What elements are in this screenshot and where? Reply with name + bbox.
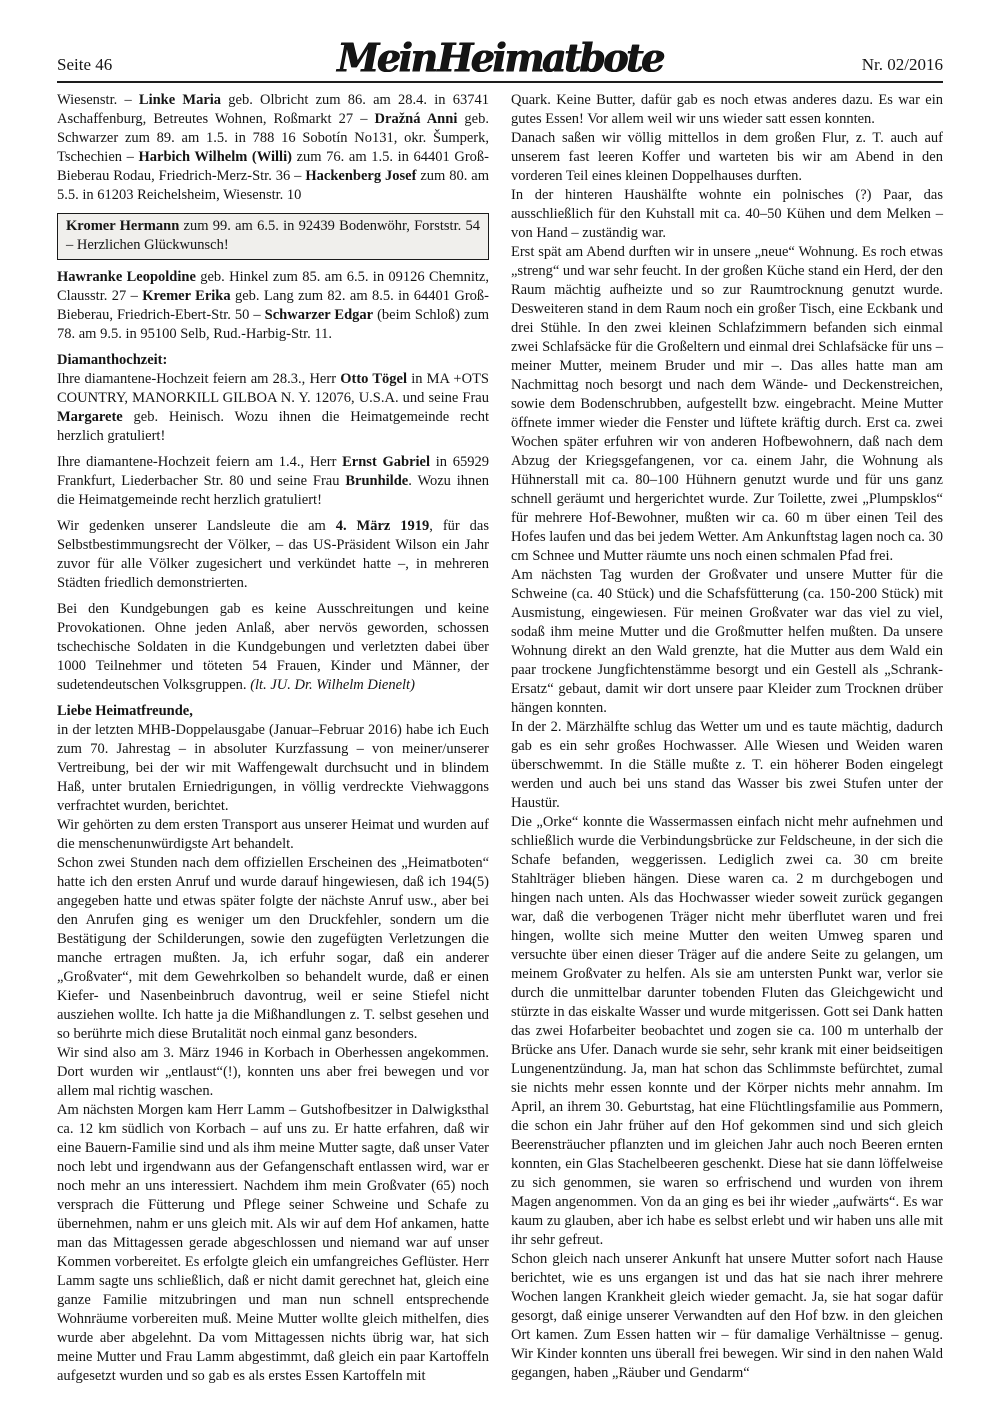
paragraph: In der hinteren Haushälfte wohnte ein po… — [511, 186, 943, 243]
paragraph: in der letzten MHB-Doppelausgabe (Januar… — [57, 721, 489, 816]
right-column: Quark. Keine Butter, dafür gab es noch e… — [511, 91, 943, 1386]
paragraph: Ihre diamantene-Hochzeit feiern am 28.3.… — [57, 370, 489, 446]
section-heading: Diamanthochzeit: — [57, 351, 489, 370]
paragraph: Schon zwei Stunden nach dem offiziellen … — [57, 854, 489, 1044]
paragraph: Wiesenstr. – Linke Maria geb. Olbricht z… — [57, 91, 489, 205]
paragraph: Die „Orke“ konnte die Wassermassen einfa… — [511, 813, 943, 1250]
paragraph: Schon gleich nach unserer Ankunft hat un… — [511, 1250, 943, 1383]
page-header: Seite 46 Mein Heimatbote Nr. 02/2016 — [57, 0, 943, 83]
paragraph: Wir gehörten zu dem ersten Transport aus… — [57, 816, 489, 854]
paragraph: Erst spät am Abend durften wir in unsere… — [511, 243, 943, 566]
masthead-title: Mein Heimatbote — [337, 37, 663, 79]
paragraph: Bei den Kundgebungen gab es keine Aussch… — [57, 600, 489, 695]
newsletter-page: Seite 46 Mein Heimatbote Nr. 02/2016 Wie… — [0, 0, 1000, 1412]
paragraph: Danach saßen wir völlig mittellos in dem… — [511, 129, 943, 186]
paragraph: Am nächsten Tag wurden der Großvater und… — [511, 566, 943, 718]
paragraph: Am nächsten Morgen kam Herr Lamm – Gutsh… — [57, 1101, 489, 1386]
paragraph: Quark. Keine Butter, dafür gab es noch e… — [511, 91, 943, 129]
paragraph: Wir sind also am 3. März 1946 in Korbach… — [57, 1044, 489, 1101]
birthday-highlight-box: Kromer Hermann zum 99. am 6.5. in 92439 … — [57, 213, 489, 260]
paragraph: In der 2. Märzhälfte schlug das Wetter u… — [511, 718, 943, 813]
paragraph: Hawranke Leopoldine geb. Hinkel zum 85. … — [57, 268, 489, 344]
page-number-label: Seite 46 — [57, 54, 237, 78]
article-columns: Wiesenstr. – Linke Maria geb. Olbricht z… — [57, 83, 943, 1386]
paragraph: Ihre diamantene-Hochzeit feiern am 1.4.,… — [57, 453, 489, 510]
left-column: Wiesenstr. – Linke Maria geb. Olbricht z… — [57, 91, 489, 1386]
issue-number-label: Nr. 02/2016 — [763, 54, 943, 78]
section-heading: Liebe Heimatfreunde, — [57, 702, 489, 721]
paragraph: Wir gedenken unserer Landsleute die am 4… — [57, 517, 489, 593]
